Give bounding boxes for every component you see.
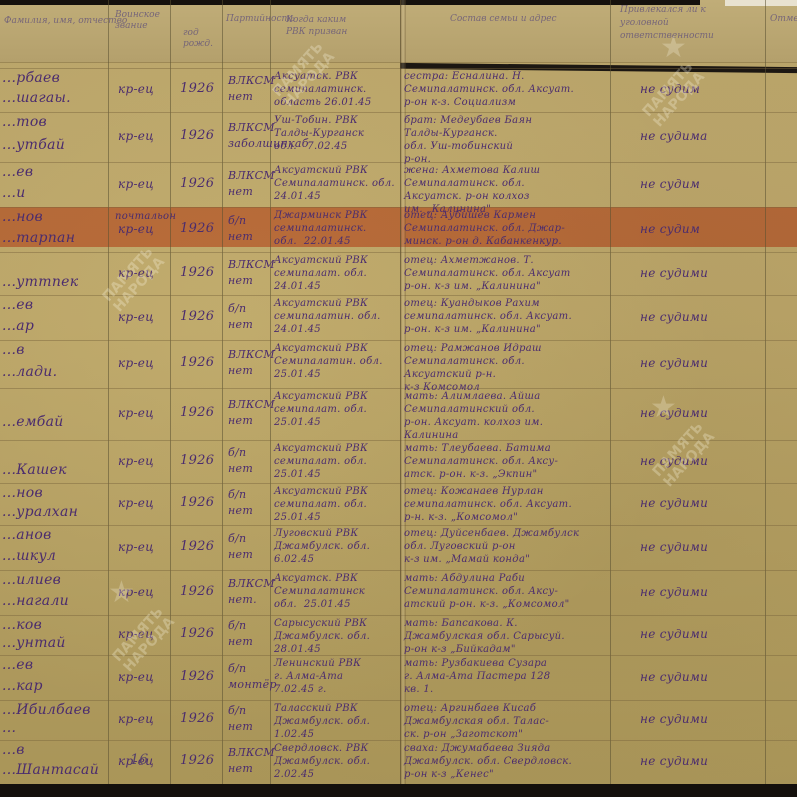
rank-cell: кр-ец [118, 496, 154, 510]
party-cell: ВЛКСМ [228, 398, 275, 411]
star-icon: ★ [660, 30, 687, 65]
birth-year-cell: 1926 [180, 495, 214, 510]
criminal-record-cell: не судими [640, 585, 708, 599]
given-name-cell: ...Кашек [2, 462, 67, 478]
birth-year-cell: 1926 [180, 81, 214, 96]
rank-cell: кр-ец [118, 454, 154, 468]
column-rule [610, 0, 611, 790]
conscription-cell: Ленинский РВК г. Алма-Ата 7.02.45 г. [274, 657, 361, 696]
column-rule [108, 0, 109, 790]
party-status-cell: нет [228, 230, 253, 243]
given-name-cell: ...шагаы. [2, 90, 71, 106]
header-name: Фамилия, имя, отчество [4, 16, 127, 26]
column-rule [270, 0, 271, 790]
party-cell: ВЛКСМ [228, 74, 275, 87]
family-address-cell: брат: Медеубаев Баян Талды-Курганск. обл… [404, 114, 532, 166]
rank-cell: кр-ец [118, 406, 154, 420]
conscription-cell: Аксуатск. РВК Семипалатинск обл. 25.01.4… [274, 572, 365, 611]
conscription-cell: Луговский РВК Джамбулск. обл. 6.02.45 [274, 527, 370, 566]
birth-year-cell: 1926 [180, 355, 214, 370]
header-extra: Отметка [770, 14, 797, 24]
conscription-cell: Свердловск. РВК Джамбулск. обл. 2.02.45 [274, 742, 370, 781]
conscription-cell: Аксуатский РВК Семипалатинск. обл. 24.01… [274, 164, 395, 203]
header-called: Когда каким РВК призван [286, 14, 356, 38]
birth-year-cell: 1926 [180, 711, 214, 726]
given-name-cell: ... [2, 720, 16, 736]
surname-cell: ...нов [2, 485, 43, 501]
conscription-cell: Аксуатский РВК семипалат. обл. 25.01.45 [274, 485, 368, 524]
party-cell: б/п [228, 446, 246, 459]
surname-cell: ...ев [2, 164, 33, 180]
given-name-cell: ...ембай [2, 414, 64, 430]
surname-cell: ...илиев [2, 572, 61, 588]
star-icon: ★ [650, 390, 677, 425]
party-cell: б/п [228, 619, 246, 632]
row-rule [0, 570, 797, 571]
given-name-cell: ...тарпан [2, 230, 75, 246]
row-rule [0, 162, 797, 163]
criminal-record-cell: не судими [640, 627, 708, 641]
party-status-cell: нет. [228, 593, 257, 606]
birth-year-cell: 1926 [180, 626, 214, 641]
conscription-cell: Аксуатский РВК семипалат. обл. 25.01.45 [274, 390, 368, 429]
party-status-cell: нет [228, 462, 253, 475]
given-name-cell: ...нагали [2, 593, 69, 609]
surname-cell: ...анов [2, 527, 52, 543]
birth-year-cell: 1926 [180, 128, 214, 143]
family-address-cell: отец: Рамжанов Идраш Семипалатинск. обл.… [404, 342, 542, 394]
party-cell: б/п [228, 704, 246, 717]
criminal-record-cell: не судими [640, 356, 708, 370]
row-rule [0, 740, 797, 741]
occupation-cell: почтальон [115, 211, 176, 222]
watermark: ПАМЯТЬНАРОДА [100, 245, 168, 316]
family-address-cell: отец: Аргинбаев Кисаб Джамбулская обл. Т… [404, 702, 549, 741]
party-status-cell: нет [228, 414, 253, 427]
family-address-cell: отец: Ахметжанов. Т. Семипалатинск. обл.… [404, 254, 571, 293]
row-rule [0, 615, 797, 616]
surname-cell: ...нов [2, 209, 43, 225]
conscription-cell: Уш-Тобин. РВК Талды-Курганск обл. 7.02.4… [274, 114, 364, 153]
birth-year-cell: 1926 [180, 405, 214, 420]
surname-cell: ...тов [2, 114, 47, 130]
party-status-cell: нет [228, 364, 253, 377]
party-cell: ВЛКСМ [228, 746, 275, 759]
given-name-cell: ...уралхан [2, 504, 78, 520]
scan-edge-bottom [0, 784, 797, 797]
birth-year-cell: 1926 [180, 669, 214, 684]
given-name-cell: ...Шантасай [2, 762, 99, 778]
party-cell: б/п [228, 214, 246, 227]
party-cell: б/п [228, 302, 246, 315]
party-cell: б/п [228, 662, 246, 675]
row-rule [0, 525, 797, 526]
criminal-record-cell: не судими [640, 266, 708, 280]
surname-cell: ...в [2, 342, 25, 358]
family-address-cell: мать: Рузбакиева Сузара г. Алма-Ата Паст… [404, 657, 550, 696]
party-cell: ВЛКСМ [228, 348, 275, 361]
criminal-record-cell: не судима [640, 129, 708, 143]
conscription-cell: Аксуатский РВК семипалат. обл. 25.01.45 [274, 442, 368, 481]
column-rule [170, 0, 171, 790]
criminal-record-cell: не судими [640, 670, 708, 684]
surname-cell: ...в [2, 742, 25, 758]
conscription-cell: Аксуатский РВК семипалат. обл. 24.01.45 [274, 254, 368, 293]
scan-edge-top [0, 0, 700, 5]
family-address-cell: отец: Кожанаев Нурлан семипалатинск. обл… [404, 485, 572, 524]
conscription-cell: Джарминск РВК семипалатинск. обл. 22.01.… [274, 209, 368, 248]
party-cell: ВЛКСМ [228, 258, 275, 271]
party-status-cell: нет [228, 90, 253, 103]
criminal-record-cell: не судим [640, 177, 700, 191]
rank-cell: кр-ец [118, 356, 154, 370]
family-address-cell: мать: Абдулина Раби Семипалатинск. обл. … [404, 572, 570, 611]
scanned-register-page: Фамилия, имя, отчество Воинское звание г… [0, 0, 797, 797]
family-address-cell: отец: Дуйсенбаев. Джамбулск обл. Луговск… [404, 527, 579, 566]
conscription-cell: Аксуатский РВК семипалатин. обл. 24.01.4… [274, 297, 381, 336]
birth-year-cell: 1926 [180, 309, 214, 324]
family-address-cell: мать: Тлеубаева. Батима Семипалатинск. о… [404, 442, 558, 481]
party-status-cell: нет [228, 720, 253, 733]
header-year: год рожд. [183, 28, 213, 50]
given-name-cell: ...ар [2, 318, 34, 334]
party-cell: б/п [228, 532, 246, 545]
party-status-cell: нет [228, 635, 253, 648]
header-rank: Воинское звание [115, 10, 175, 32]
scan-edge-corner [725, 0, 797, 6]
row-rule [0, 207, 797, 208]
criminal-record-cell: не судими [640, 712, 708, 726]
family-address-cell: мать: Алимлаева. Айша Семипалатинский об… [404, 390, 543, 442]
column-rule [765, 0, 766, 790]
birth-year-cell: 1926 [180, 753, 214, 768]
rank-cell: кр-ец [118, 222, 154, 236]
party-status-cell: монтёр [228, 678, 277, 691]
criminal-record-cell: не судими [640, 496, 708, 510]
family-address-cell: отец: Аубишев Кармен Семипалатинск. обл.… [404, 209, 565, 248]
birth-year-cell: 1926 [180, 221, 214, 236]
party-status-cell: нет [228, 762, 253, 775]
party-status-cell: нет [228, 318, 253, 331]
birth-year-cell: 1926 [180, 176, 214, 191]
given-name-cell: ...унтай [2, 635, 66, 651]
party-cell: ВЛКСМ [228, 577, 275, 590]
surname-cell: ...рбаев [2, 70, 60, 86]
surname-cell: ...ков [2, 617, 42, 633]
given-name-cell: ...и [2, 185, 26, 201]
family-address-cell: отец: Куандыков Рахим семипалатинск. обл… [404, 297, 572, 336]
row-rule [0, 388, 797, 389]
party-cell: б/п [228, 488, 246, 501]
party-status-cell: нет [228, 274, 253, 287]
party-status-cell: нет [228, 548, 253, 561]
margin-note: 16 [130, 752, 148, 768]
birth-year-cell: 1926 [180, 453, 214, 468]
given-name-cell: ...шкул [2, 548, 56, 564]
rank-cell: кр-ец [118, 177, 154, 191]
row-rule [0, 700, 797, 701]
header-family: Состав семьи и адрес [450, 12, 560, 26]
given-name-cell: ...уттпек [2, 274, 78, 290]
birth-year-cell: 1926 [180, 265, 214, 280]
conscription-cell: Таласский РВК Джамбулск. обл. 1.02.45 [274, 702, 370, 741]
surname-cell: ...ев [2, 297, 33, 313]
surname-cell: ...Ибилбаев [2, 702, 91, 718]
row-rule [0, 252, 797, 253]
family-address-cell: сестра: Есналина. Н. Семипалатинск. обл.… [404, 70, 574, 109]
party-status-cell: нет [228, 504, 253, 517]
rank-cell: кр-ец [118, 129, 154, 143]
family-address-cell: мать: Бапсакова. К. Джамбулская обл. Сар… [404, 617, 565, 656]
header-party: Партийность [226, 14, 276, 25]
family-address-cell: сваха: Джумабаева Зияда Джамбулск. обл. … [404, 742, 572, 781]
rank-cell: кр-ец [118, 540, 154, 554]
rank-cell: кр-ец [118, 670, 154, 684]
conscription-cell: Сарысуский РВК Джамбулск. обл. 28.01.45 [274, 617, 370, 656]
conscription-cell: Аксуатский РВК Семипалатин. обл. 25.01.4… [274, 342, 383, 381]
rank-cell: кр-ец [118, 712, 154, 726]
criminal-record-cell: не судими [640, 754, 708, 768]
given-name-cell: ...кар [2, 678, 43, 694]
surname-cell: ...ев [2, 657, 33, 673]
star-icon: ★ [108, 575, 135, 610]
criminal-record-cell: не судим [640, 222, 700, 236]
rank-cell: кр-ец [118, 82, 154, 96]
birth-year-cell: 1926 [180, 539, 214, 554]
given-name-cell: ...утбай [2, 137, 65, 153]
birth-year-cell: 1926 [180, 584, 214, 599]
party-cell: ВЛКСМ [228, 121, 275, 134]
criminal-record-cell: не судими [640, 540, 708, 554]
criminal-record-cell: не судими [640, 310, 708, 324]
party-cell: ВЛКСМ [228, 169, 275, 182]
party-status-cell: нет [228, 185, 253, 198]
given-name-cell: ...лади. [2, 364, 57, 380]
row-rule [0, 340, 797, 341]
column-rule [222, 0, 223, 790]
